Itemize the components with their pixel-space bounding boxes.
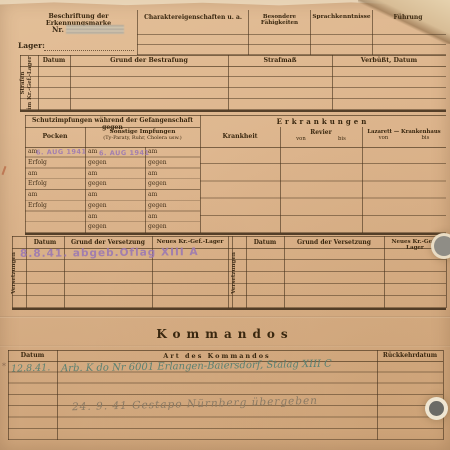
- impf-cell: am: [88, 190, 142, 201]
- vaccination-date-stamp-1: 6. AUG 1941: [36, 148, 87, 157]
- strafen-strafmass-header: Strafmaß: [228, 57, 332, 64]
- impf-cell: am: [148, 147, 198, 158]
- impf-sonstige2-cells: am gegen am gegen am gegen am gegen: [148, 147, 198, 233]
- strafen-top-line: [20, 55, 446, 56]
- impf-cell: gegen: [88, 201, 142, 212]
- strafen-bottom-line: [20, 110, 446, 112]
- fold-crease: [0, 345, 450, 347]
- impf-bottom-line: [25, 233, 446, 235]
- komm-datum-header: Datum: [8, 352, 57, 359]
- strafen-verbuesst-header: Verbüßt, Datum: [332, 57, 446, 64]
- impf-cell: am: [28, 169, 83, 180]
- erkrankungen-title: Erkrankungen: [200, 117, 446, 126]
- strafen-empty-rows: [20, 66, 446, 110]
- impf-cell: gegen: [88, 179, 142, 190]
- vers-datum-header-r: Datum: [246, 239, 284, 246]
- impf-cell: am: [88, 212, 142, 223]
- punch-hole-top: [434, 236, 450, 256]
- traits-empty-rows: [137, 25, 446, 55]
- lazarett-bis-label: bis: [422, 135, 430, 141]
- revier-von-label: von: [296, 136, 306, 142]
- impf-pocken-cells: am Erfolg am Erfolg am Erfolg: [28, 147, 83, 233]
- vers-grund-header-l: Grund der Versetzung: [64, 239, 152, 246]
- traits-col3-header: Sprachkenntnisse: [311, 14, 372, 20]
- impf-cell: am: [88, 169, 142, 180]
- impf-sonstige1-cells: am gegen am gegen am gegen am gegen: [88, 147, 142, 233]
- impf-cell: gegen: [148, 158, 198, 169]
- vers-datum-header-l: Datum: [26, 239, 64, 246]
- erk-row-lines: [200, 147, 446, 233]
- lager-label: Lager:: [18, 41, 45, 50]
- impf-cell: Erfolg: [28, 158, 83, 169]
- impf-top-line: [25, 115, 446, 116]
- traits-col1-header: Charaktereigenschaften u. a.: [138, 14, 248, 21]
- impf-cell: gegen: [148, 201, 198, 212]
- komm-outer-right: [443, 350, 444, 440]
- idtag-nr-label: Nr.: [52, 25, 64, 34]
- impf-cell: gegen: [88, 158, 142, 169]
- lazarett-header: Lazarett — Krankenhaus von bis: [362, 129, 446, 141]
- vaccination-date-stamp-2: 6. AUG 1941: [99, 149, 150, 157]
- idtag-nr-redaction: [66, 25, 124, 34]
- traits-col4-header: Führung: [373, 14, 443, 21]
- lazarett-header-title: Lazarett — Krankenhaus: [362, 129, 446, 135]
- krankheit-header: Krankheit: [200, 133, 280, 140]
- revier-header: Revier von bis: [280, 129, 362, 142]
- impf-cell: Erfolg: [28, 201, 83, 212]
- sonstige-header: Sonstige Impfungen (Ty-Paraty, Ruhr, Cho…: [85, 129, 200, 141]
- pow-record-card: Beschriftung der Erkennungsmarke Nr. Lag…: [0, 0, 450, 450]
- impf-cell: [28, 212, 83, 223]
- vers-neues-header-l: Neues Kr.-Gef.-Lager: [152, 239, 228, 245]
- impf-cell: am: [28, 190, 83, 201]
- sonstige-header-line2: (Ty-Paraty, Ruhr, Cholera usw.): [85, 135, 200, 141]
- kommando-entry1-date: 12.8.41.: [11, 362, 51, 374]
- strafen-datum-header: Datum: [38, 57, 70, 64]
- revier-header-title: Revier: [280, 129, 362, 136]
- revier-bis-label: bis: [338, 136, 346, 142]
- vers-bottom-line: [12, 308, 446, 310]
- margin-asterisk: *: [2, 362, 6, 371]
- lager-dotted-line: [44, 41, 134, 51]
- punch-hole-bottom: [429, 401, 444, 416]
- impf-cell: Erfolg: [28, 179, 83, 190]
- kommandos-title: Kommandos: [0, 327, 450, 341]
- komm-rueckkehr-header: Rückkehrdatum: [377, 352, 443, 359]
- vers-top-line: [12, 236, 446, 237]
- lazarett-von-label: von: [379, 135, 389, 141]
- impf-cell: am: [148, 169, 198, 180]
- impf-cell: am: [148, 190, 198, 201]
- impf-cell: [28, 222, 83, 233]
- pocken-header: Pocken: [25, 133, 85, 140]
- impf-cell: gegen: [88, 222, 142, 233]
- fold-crease: [0, 316, 450, 318]
- impf-cell: am: [148, 212, 198, 223]
- impf-cell: gegen: [148, 179, 198, 190]
- transfer-stamp: 8.8.41. abgeb.Oflag XIII A: [20, 246, 199, 260]
- red-margin-mark: [2, 166, 7, 175]
- vers-grund-header-r: Grund der Versetzung: [284, 239, 384, 246]
- impf-cell: gegen: [148, 222, 198, 233]
- strafen-grund-header: Grund der Bestrafung: [70, 57, 228, 64]
- impf-title-underline: [25, 127, 200, 128]
